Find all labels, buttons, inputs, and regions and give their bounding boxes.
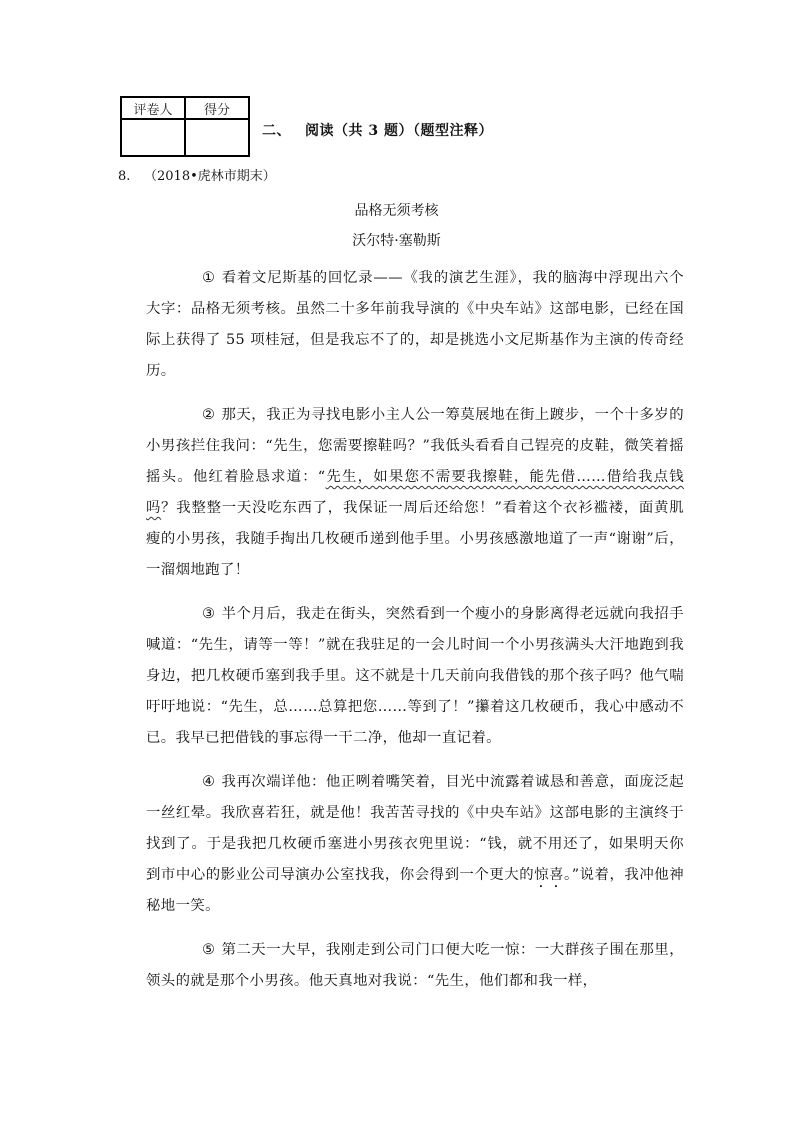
paragraph-4: ④我再次端详他：他正咧着嘴笑着，目光中流露着诚恳和善意，面庞泛起一丝红晕。我欣喜… — [146, 767, 684, 922]
article-author: 沃尔特·塞勒斯 — [0, 230, 793, 250]
section-title: 阅读（共 3 题）（题型注释） — [305, 123, 493, 139]
score-table: 评卷人 得分 — [120, 96, 250, 157]
score-table-value-row — [121, 119, 249, 156]
paragraph-marker: ③ — [174, 599, 215, 630]
section-heading: 二、阅读（共 3 题）（题型注释） — [262, 120, 493, 140]
paragraph-marker: ① — [174, 263, 215, 294]
paragraph-marker: ② — [174, 400, 215, 431]
article-body: ①看着文尼斯基的回忆录——《我的演艺生涯》，我的脑海中浮现出六个大字：品格无须考… — [146, 263, 684, 1010]
paragraph-1: ①看着文尼斯基的回忆录——《我的演艺生涯》，我的脑海中浮现出六个大字：品格无须考… — [146, 263, 684, 387]
paragraph-2: ②那天，我正为寻找电影小主人公一筹莫展地在街上踱步，一个十多岁的小男孩拦住我问：… — [146, 400, 684, 586]
paragraph-text: ？我整整一天没吃东西了，我保证一周后还给您！”看着这个衣衫褴褛，面黄肌瘦的小男孩… — [146, 500, 684, 578]
question-source: （2018•虎林市期末） — [144, 169, 276, 184]
paragraph-text: 半个月后，我走在街头，突然看到一个瘦小的身影离得老远就向我招手喊道：“先生，请等… — [146, 606, 684, 746]
grader-cell — [121, 119, 185, 156]
paragraph-text: 看着文尼斯基的回忆录——《我的演艺生涯》，我的脑海中浮现出六个大字：品格无须考核… — [146, 270, 684, 379]
emphasis-dotted-text: 惊喜 — [534, 867, 564, 883]
paragraph-3: ③半个月后，我走在街头，突然看到一个瘦小的身影离得老远就向我招手喊道：“先生，请… — [146, 599, 684, 754]
section-number: 二、 — [262, 123, 291, 139]
paragraph-text: 第二天一大早，我刚走到公司门口便大吃一惊：一大群孩子围在那里，领头的就是那个小男… — [146, 942, 684, 989]
score-cell — [185, 119, 249, 156]
paragraph-marker: ④ — [174, 767, 215, 798]
article-title: 品格无须考核 — [0, 200, 793, 220]
score-header: 得分 — [185, 97, 249, 119]
question-header: 8.（2018•虎林市期末） — [118, 165, 276, 184]
grader-header: 评卷人 — [121, 97, 185, 119]
paragraph-5: ⑤第二天一大早，我刚走到公司门口便大吃一惊：一大群孩子围在那里，领头的就是那个小… — [146, 935, 684, 997]
question-number: 8. — [118, 169, 144, 184]
paragraph-marker: ⑤ — [174, 935, 215, 966]
score-table-header-row: 评卷人 得分 — [121, 97, 249, 119]
